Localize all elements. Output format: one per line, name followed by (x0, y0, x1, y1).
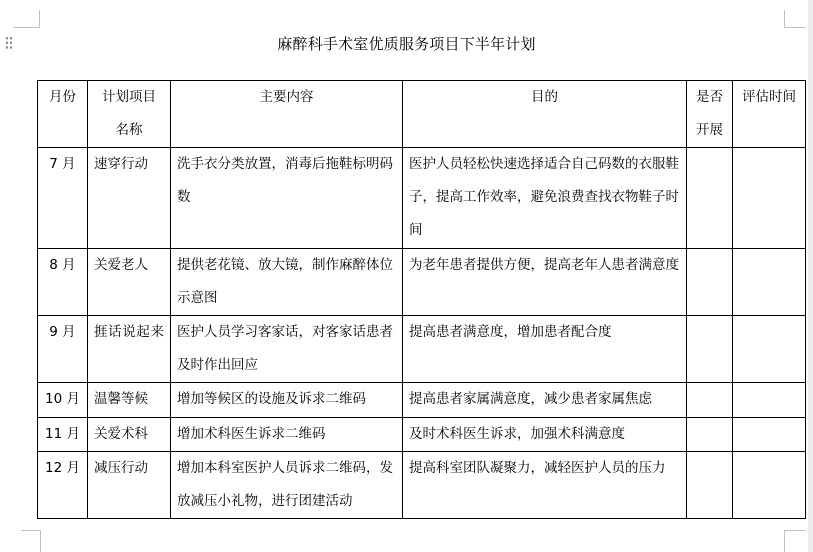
plan-table: 月份 计划项目 名称 主要内容 目的 是否 开展 评估时间 7 月 速穿行动 洗… (37, 80, 806, 519)
cell-content[interactable]: 增加本科室医护人员诉求二维码，发放减压小礼物，进行团建活动 (171, 452, 403, 519)
table-row: 12 月 减压行动 增加本科室医护人员诉求二维码，发放减压小礼物，进行团建活动 … (38, 452, 806, 519)
header-project-name: 计划项目 名称 (88, 81, 171, 148)
header-launched-line1: 是否 (689, 81, 730, 114)
cell-month[interactable]: 10 月 (38, 383, 88, 418)
cell-eval-time[interactable] (733, 316, 806, 383)
header-purpose: 目的 (403, 81, 687, 148)
cell-purpose[interactable]: 及时术科医生诉求，加强术科满意度 (403, 418, 687, 452)
cell-content[interactable]: 提供老花镜、放大镜，制作麻醉体位示意图 (171, 249, 403, 316)
cell-launched[interactable] (687, 452, 733, 519)
cell-purpose[interactable]: 提高科室团队凝聚力，减轻医护人员的压力 (403, 452, 687, 519)
header-project-name-line1: 计划项目 (94, 81, 164, 114)
cell-content[interactable]: 增加等候区的设施及诉求二维码 (171, 383, 403, 418)
cell-purpose[interactable]: 医护人员轻松快速选择适合自己码数的衣服鞋子，提高工作效率，避免浪费查找衣物鞋子时… (403, 148, 687, 249)
page-corner-mark-bottom-right (784, 530, 805, 552)
header-project-name-line2: 名称 (94, 114, 164, 147)
header-month: 月份 (38, 81, 88, 148)
cell-project[interactable]: 速穿行动 (88, 148, 171, 249)
table-row: 9 月 捱话说起来 医护人员学习客家话，对客家话患者及时作出回应 提高患者满意度… (38, 316, 806, 383)
cell-month[interactable]: 7 月 (38, 148, 88, 249)
cell-month[interactable]: 11 月 (38, 418, 88, 452)
cell-launched[interactable] (687, 418, 733, 452)
document-title: 麻醉科手术室优质服务项目下半年计划 (0, 33, 813, 54)
page-corner-mark-top-left (14, 10, 40, 28)
cell-eval-time[interactable] (733, 418, 806, 452)
cell-eval-time[interactable] (733, 249, 806, 316)
table-row: 10 月 温馨等候 增加等候区的设施及诉求二维码 提高患者家属满意度，减少患者家… (38, 383, 806, 418)
cell-launched[interactable] (687, 316, 733, 383)
window-right-edge (808, 0, 813, 552)
page-corner-mark-top-right (784, 10, 805, 28)
table-header-row: 月份 计划项目 名称 主要内容 目的 是否 开展 评估时间 (38, 81, 806, 148)
cell-launched[interactable] (687, 383, 733, 418)
cell-project[interactable]: 减压行动 (88, 452, 171, 519)
cell-eval-time[interactable] (733, 148, 806, 249)
cell-launched[interactable] (687, 249, 733, 316)
cell-purpose[interactable]: 提高患者满意度，增加患者配合度 (403, 316, 687, 383)
cell-content[interactable]: 洗手衣分类放置，消毒后拖鞋标明码数 (171, 148, 403, 249)
cell-content[interactable]: 增加术科医生诉求二维码 (171, 418, 403, 452)
cell-purpose[interactable]: 为老年患者提供方便，提高老年人患者满意度 (403, 249, 687, 316)
cell-month[interactable]: 12 月 (38, 452, 88, 519)
cell-eval-time[interactable] (733, 383, 806, 418)
header-eval-time: 评估时间 (733, 81, 806, 148)
cell-eval-time[interactable] (733, 452, 806, 519)
header-content: 主要内容 (171, 81, 403, 148)
cell-month[interactable]: 9 月 (38, 316, 88, 383)
table-row: 8 月 关爱老人 提供老花镜、放大镜，制作麻醉体位示意图 为老年患者提供方便，提… (38, 249, 806, 316)
cell-project[interactable]: 捱话说起来 (88, 316, 171, 383)
cell-content[interactable]: 医护人员学习客家话，对客家话患者及时作出回应 (171, 316, 403, 383)
cell-launched[interactable] (687, 148, 733, 249)
page-corner-mark-bottom-left (21, 530, 41, 552)
cell-project[interactable]: 关爱术科 (88, 418, 171, 452)
cell-project[interactable]: 关爱老人 (88, 249, 171, 316)
cell-month[interactable]: 8 月 (38, 249, 88, 316)
header-launched: 是否 开展 (687, 81, 733, 148)
table-row: 7 月 速穿行动 洗手衣分类放置，消毒后拖鞋标明码数 医护人员轻松快速选择适合自… (38, 148, 806, 249)
table-row: 11 月 关爱术科 增加术科医生诉求二维码 及时术科医生诉求，加强术科满意度 (38, 418, 806, 452)
cell-purpose[interactable]: 提高患者家属满意度，减少患者家属焦虑 (403, 383, 687, 418)
cell-project[interactable]: 温馨等候 (88, 383, 171, 418)
header-launched-line2: 开展 (689, 114, 730, 147)
